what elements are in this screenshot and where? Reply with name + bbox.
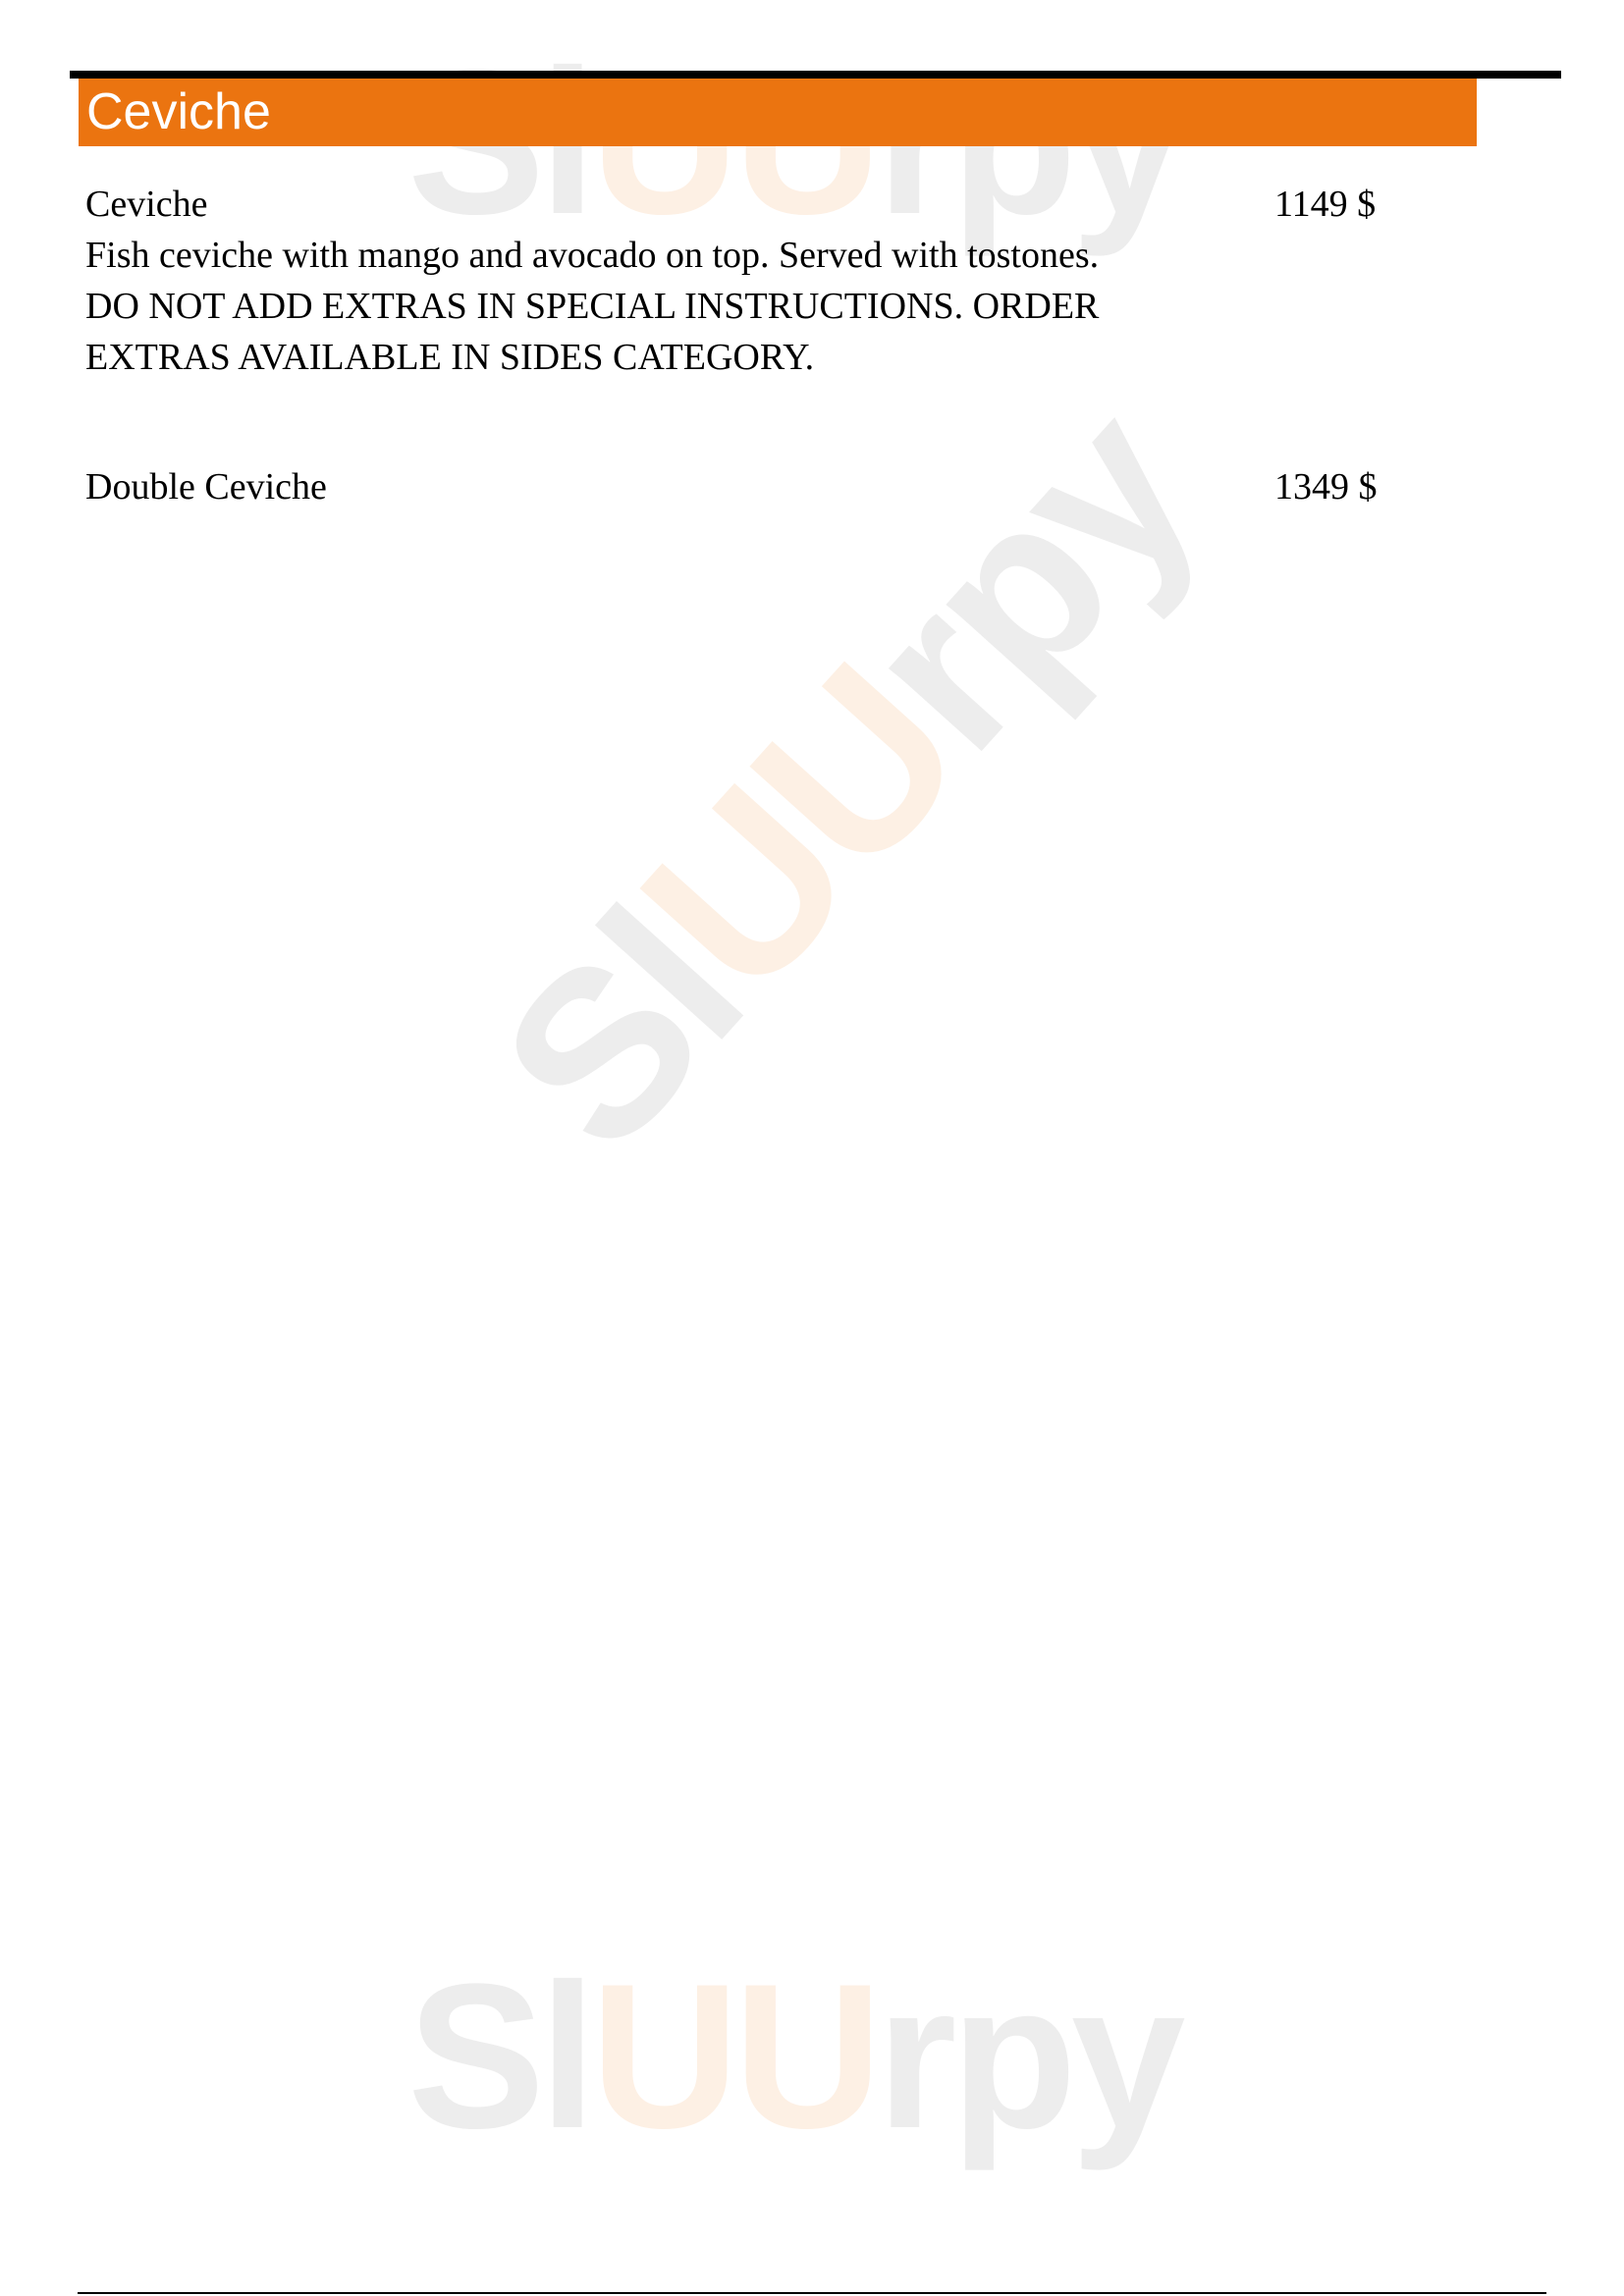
top-divider [70,71,1561,79]
item-price: 1149 $ [1274,179,1376,230]
item-description-line: EXTRAS AVAILABLE IN SIDES CATEGORY. [85,332,1293,383]
item-description-line: DO NOT ADD EXTRAS IN SPECIAL INSTRUCTION… [85,281,1293,332]
item-name: Double Ceviche [85,461,327,512]
section-header-bar [79,79,1477,146]
watermark-logo-center: SlUUrpy [461,371,1231,1189]
item-price: 1349 $ [1274,461,1378,512]
watermark-logo-bottom: SlUUrpy [407,1953,1180,2160]
bottom-divider [78,2292,1546,2294]
section-title: Ceviche [86,82,271,141]
item-description-line: Fish ceviche with mango and avocado on t… [85,230,1293,281]
item-name: Ceviche [85,179,208,230]
